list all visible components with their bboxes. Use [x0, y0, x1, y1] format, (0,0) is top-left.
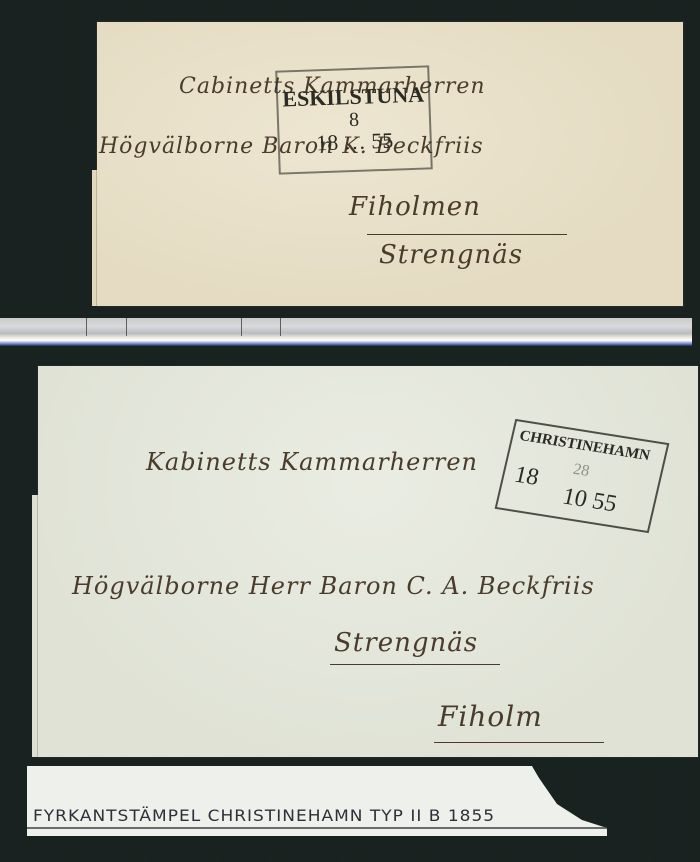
strip-divider: [280, 318, 281, 336]
postmark-date-left: 18: [512, 462, 542, 492]
postmark-christinehamn: CHRISTINEHAMN 18 28 10 55: [495, 419, 670, 533]
description-label: FYRKANTSTÄMPEL CHRISTINEHAMN TYP II B 18…: [27, 766, 607, 836]
address-line-2: Högvälborne Herr Baron C. A. Beckfriis: [72, 572, 595, 600]
address-line-4: Fiholm: [438, 700, 543, 733]
strip-divider: [86, 318, 87, 336]
address-line-1: Kabinetts Kammarherren: [146, 448, 478, 476]
postmark-town: ESKILSTUNA: [278, 81, 429, 112]
postmark-day: 28: [571, 461, 591, 481]
strip-divider: [241, 318, 242, 336]
address-line-3: Strengnäs: [334, 628, 478, 658]
postmark-eskilstuna: ESKILSTUNA 8 18 … 55: [275, 65, 433, 174]
underline: [367, 234, 567, 235]
top-letter: Cabinetts Kammarherren Högvälborne Baron…: [97, 22, 683, 306]
postmark-date: 18 … 55: [279, 127, 430, 156]
postmark-date-right: 10 55: [560, 484, 619, 519]
address-line-4: Strengnäs: [379, 240, 523, 270]
underline: [434, 742, 604, 743]
label-underline: [27, 827, 607, 829]
mount-strip: [0, 318, 692, 346]
underline: [330, 664, 500, 665]
label-text: FYRKANTSTÄMPEL CHRISTINEHAMN TYP II B 18…: [33, 807, 495, 826]
strip-divider: [126, 318, 127, 336]
address-line-3: Fiholmen: [349, 192, 481, 222]
postmark-town: CHRISTINEHAMN: [512, 427, 666, 467]
bottom-letter: Kabinetts Kammarherren Högvälborne Herr …: [38, 366, 698, 757]
